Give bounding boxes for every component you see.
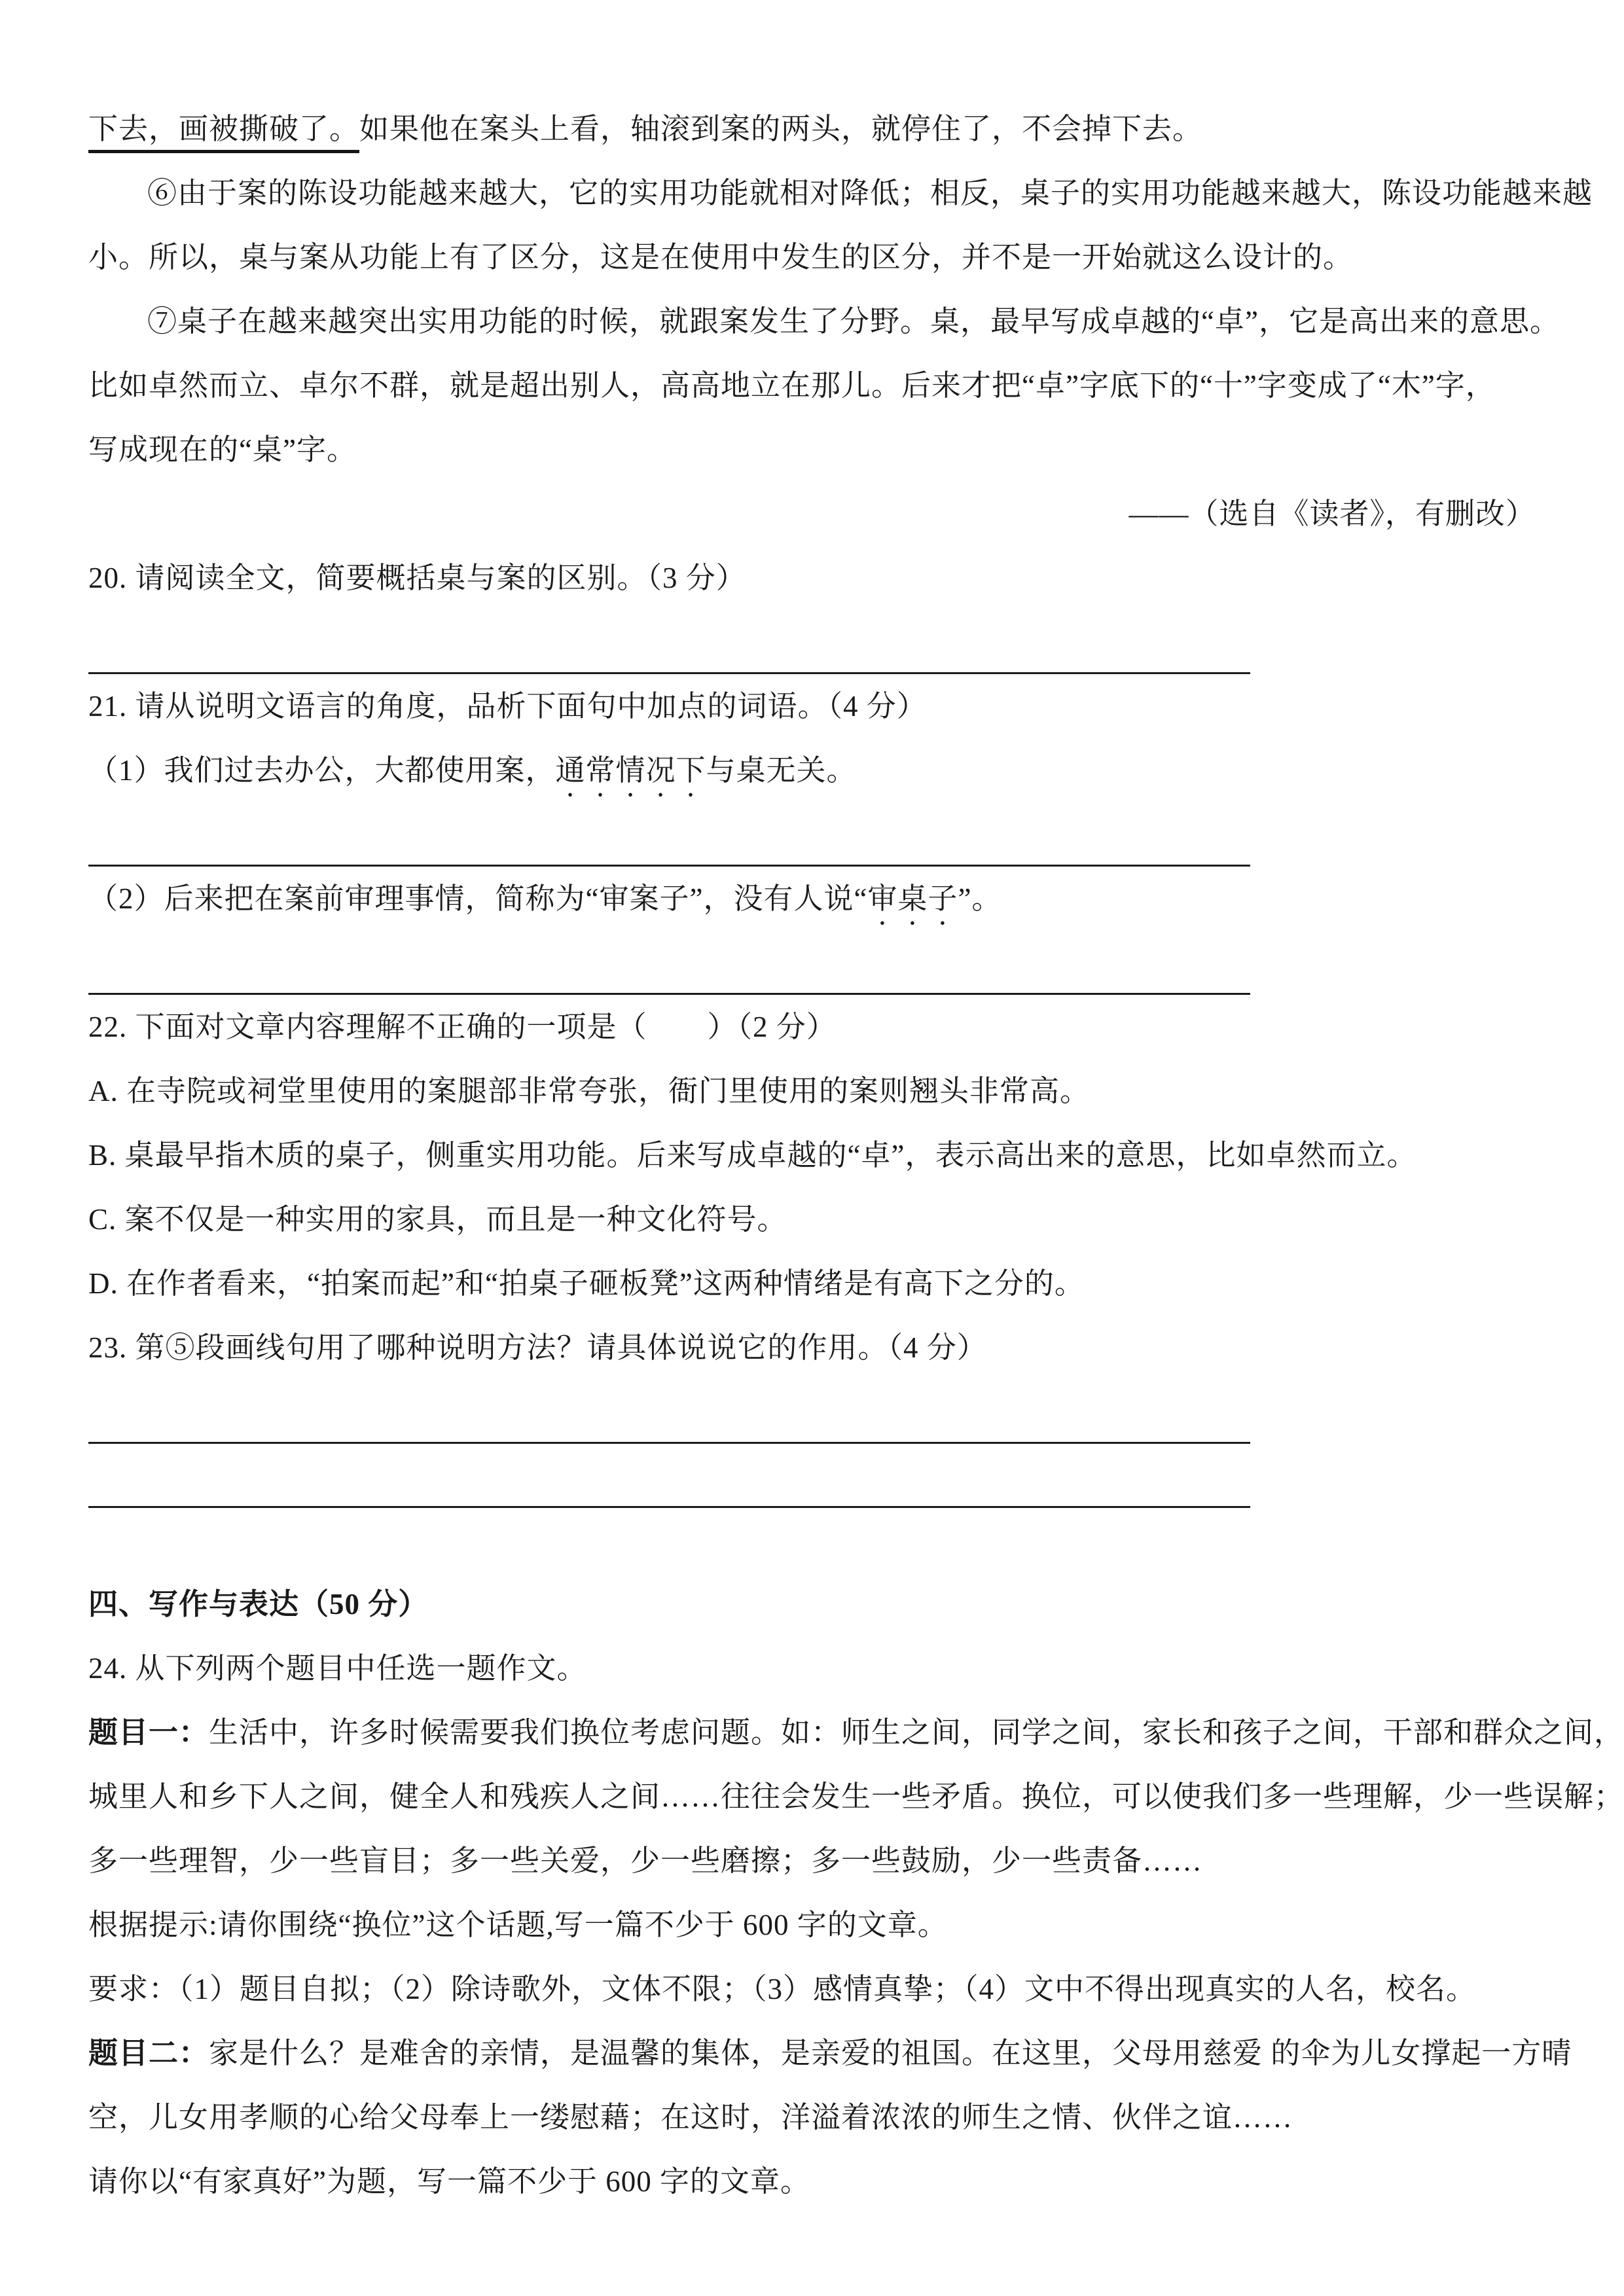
section-heading-writing: 四、写作与表达（50 分） [88,1572,1536,1636]
topic-2-instruction: 请你以“有家真好”为题，写一篇不少于 600 字的文章。 [88,2149,1536,2214]
sentence-text: ”。 [958,882,1001,915]
dotted-phrase: 审桌子 [867,882,958,915]
paragraph-7-line-2: 比如卓然而立、卓尔不群，就是超出别人，高高地立在那儿。后来才把“卓”字底下的“十… [88,353,1536,418]
topic-1-line-2: 城里人和乡下人之间，健全人和残疾人之间……往往会发生一些矛盾。换位，可以使我们多… [88,1765,1536,1829]
option-b: B. 桌最早指木质的桌子，侧重实用功能。后来写成卓越的“卓”，表示高出来的意思，… [88,1123,1536,1187]
dotted-phrase: 通常情况下 [556,754,706,787]
question-21-item-2: （2）后来把在案前审理事情，简称为“审案子”，没有人说“审桌子”。 [88,867,1536,931]
article-text: 如果他在案头上看，轴滚到案的两头，就停住了，不会掉下去。 [359,113,1202,145]
answer-line-q21-2 [88,931,1250,995]
topic-2-line-1: 题目二：家是什么？是难舍的亲情，是温馨的集体，是亲爱的祖国。在这里，父母用慈爱 … [88,2021,1536,2085]
option-a: A. 在寺院或祠堂里使用的案腿部非常夸张，衙门里使用的案则翘头非常高。 [88,1059,1536,1123]
question-21-item-1: （1）我们过去办公，大都使用案，通常情况下与桌无关。 [88,738,1536,802]
option-c: C. 案不仅是一种实用的家具，而且是一种文化符号。 [88,1187,1536,1251]
source-attribution: ——（选自《读者》，有删改） [88,482,1536,546]
topic-2-label: 题目二： [88,2037,209,2070]
sentence-text: （1）我们过去办公，大都使用案， [88,754,556,787]
topic-1-requirements: 要求：（1）题目自拟；（2）除诗歌外，文体不限；（3）感情真挚；（4）文中不得出… [88,1957,1536,2021]
underlined-clause: 下去，画被撕破了。 [88,113,359,153]
question-20: 20. 请阅读全文，简要概括桌与案的区别。（3 分） [88,546,1536,610]
exam-paper-page: 下去，画被撕破了。如果他在案头上看，轴滚到案的两头，就停住了，不会掉下去。 ⑥由… [0,0,1624,2296]
topic-1-line-1: 题目一：生活中，许多时候需要我们换位考虑问题。如：师生之间，同学之间，家长和孩子… [88,1700,1536,1765]
question-24: 24. 从下列两个题目中任选一题作文。 [88,1636,1536,1700]
question-22: 22. 下面对文章内容理解不正确的一项是（ ）（2 分） [88,995,1536,1059]
topic-1-label: 题目一： [88,1716,209,1749]
answer-line-q23-2 [88,1444,1250,1508]
article-continuation-line: 下去，画被撕破了。如果他在案头上看，轴滚到案的两头，就停住了，不会掉下去。 [88,97,1536,161]
topic-1-line-3: 多一些理智，少一些盲目；多一些关爱，少一些磨擦；多一些鼓励，少一些责备…… [88,1829,1536,1893]
paragraph-7-line-1: ⑦桌子在越来越突出实用功能的时候，就跟案发生了分野。桌，最早写成卓越的“卓”，它… [88,289,1536,353]
question-21: 21. 请从说明文语言的角度，品析下面句中加点的词语。（4 分） [88,674,1536,738]
answer-line-q20 [88,610,1250,674]
sentence-text: 与桌无关。 [706,754,857,787]
paragraph-7-line-3: 写成现在的“桌”字。 [88,418,1536,482]
sentence-text: （2）后来把在案前审理事情，简称为“审案子”，没有人说“ [88,882,867,915]
topic-1-hint: 根据提示:请你围绕“换位”这个话题,写一篇不少于 600 字的文章。 [88,1893,1536,1957]
topic-1-text: 生活中，许多时候需要我们换位考虑问题。如：师生之间，同学之间，家长和孩子之间，干… [209,1716,1624,1749]
paragraph-6-line-1: ⑥由于案的陈设功能越来越大，它的实用功能就相对降低；相反，桌子的实用功能越来越大… [88,161,1536,225]
topic-2-text: 家是什么？是难舍的亲情，是温馨的集体，是亲爱的祖国。在这里，父母用慈爱 的伞为儿… [209,2037,1572,2070]
paragraph-6-line-2: 小。所以，桌与案从功能上有了区分，这是在使用中发生的区分，并不是一开始就这么设计… [88,225,1536,289]
answer-line-q23-1 [88,1380,1250,1444]
question-23: 23. 第⑤段画线句用了哪种说明方法？请具体说说它的作用。（4 分） [88,1316,1536,1380]
page-content: 下去，画被撕破了。如果他在案头上看，轴滚到案的两头，就停住了，不会掉下去。 ⑥由… [0,0,1624,2214]
option-d: D. 在作者看来，“拍案而起”和“拍桌子砸板凳”这两种情绪是有高下之分的。 [88,1251,1536,1316]
answer-line-q21-1 [88,802,1250,867]
topic-2-line-2: 空，儿女用孝顺的心给父母奉上一缕慰藉；在这时，洋溢着浓浓的师生之情、伙伴之谊…… [88,2085,1536,2149]
